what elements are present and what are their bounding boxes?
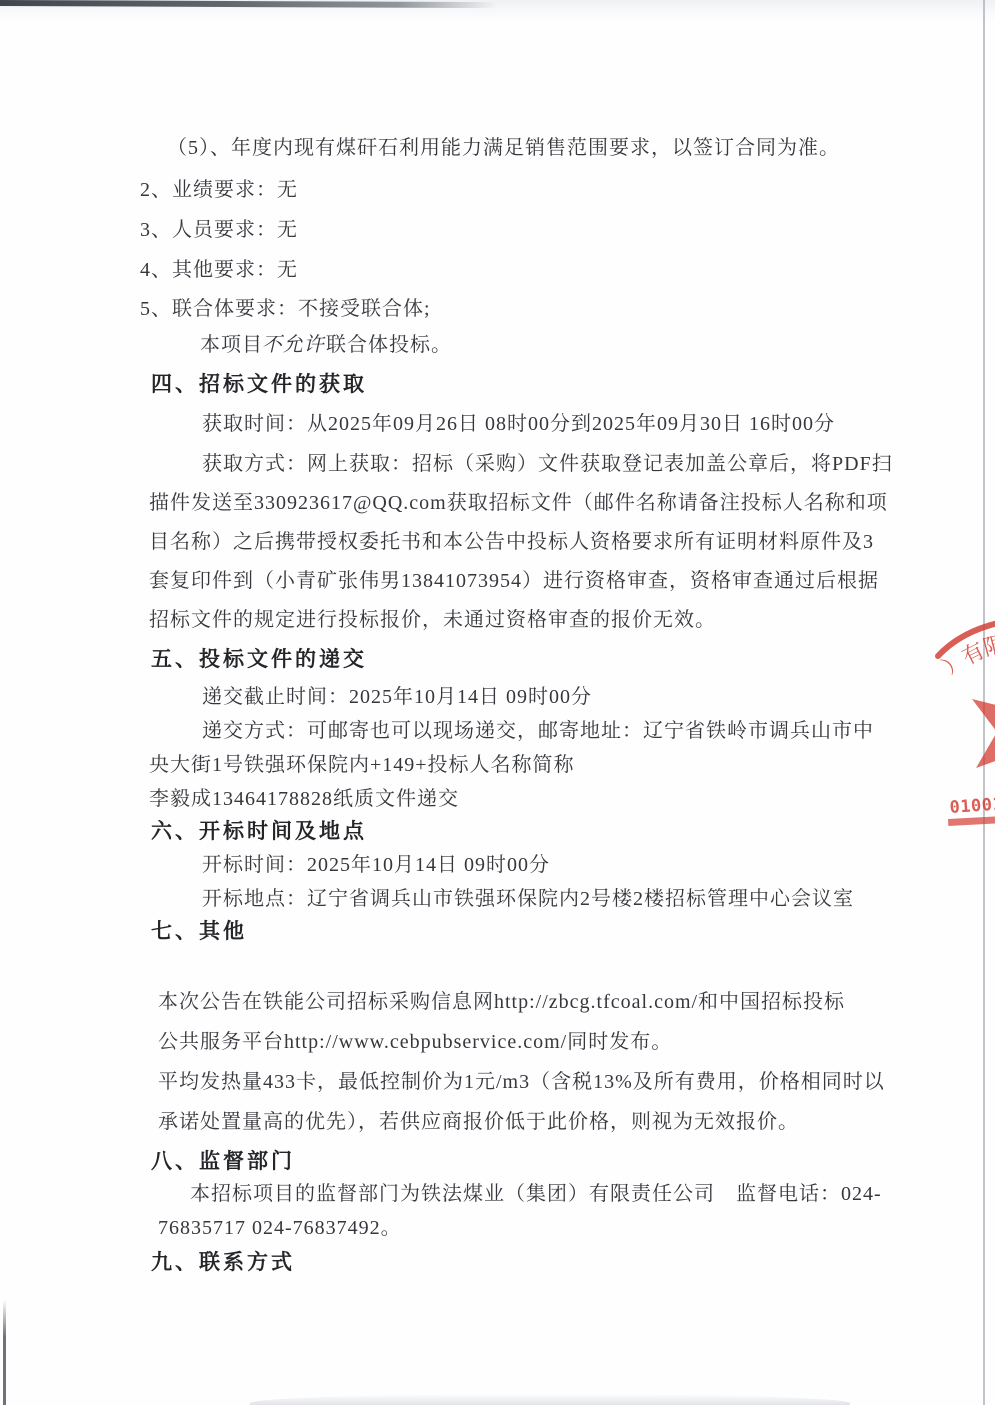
scan-bottom-smudge [250,1394,850,1405]
official-seal-stamp: ） 有 限 01001 [924,610,995,832]
section6-heading: 六、开标时间及地点 [151,818,367,846]
stamp-star-icon [972,675,995,785]
opening-place-line: 开标地点：辽宁省调兵山市铁强环保院内2号楼2楼招标管理中心会议室 [202,886,854,913]
no-consortium-note: 本项目不允许联合体投标。 [200,332,452,359]
obtain-method-line4: 套复印件到（小青矿张伟男13841073954）进行资格审查，资格审查通过后根据 [149,568,879,595]
scanned-document-page: （5）、年度内现有煤矸石利用能力满足销售范围要求，以签订合同为准。 2、业绩要求… [0,0,995,1405]
supervisor-line1: 本招标项目的监督部门为铁法煤业（集团）有限责任公司 监督电话：024- [190,1181,882,1208]
stamp-serial-number: 01001 [949,794,995,818]
section9-heading: 九、联系方式 [151,1249,295,1277]
personnel-requirement: 3、人员要求：无 [140,217,298,244]
performance-requirement: 2、业绩要求：无 [140,177,298,204]
price-floor-line1: 平均发热量433卡，最低控制价为1元/m3（含税13%及所有费用，价格相同时以 [158,1069,885,1096]
qualification-item5-note: （5）、年度内现有煤矸石利用能力满足销售范围要求，以签订合同为准。 [167,135,840,162]
submission-method-line1: 递交方式：可邮寄也可以现场递交，邮寄地址：辽宁省铁岭市调兵山市中 [202,718,874,745]
price-floor-line2: 承诺处置量高的优先），若供应商报价低于此价格，则视为无效报价。 [158,1109,799,1136]
obtain-method-line3: 目名称）之后携带授权委托书和本公告中投标人资格要求所有证明材料原件及3 [149,529,874,556]
obtain-time-line: 获取时间：从2025年09月26日 08时00分到2025年09月30日 16时… [202,411,835,438]
section7-heading: 七、其他 [151,918,247,946]
other-requirement: 4、其他要求：无 [140,257,298,284]
section8-heading: 八、监督部门 [151,1148,295,1176]
obtain-method-line2: 描件发送至330923617@QQ.com获取招标文件（邮件名称请备注投标人名称… [149,490,888,517]
section4-heading: 四、招标文件的获取 [151,371,367,399]
scan-left-edge-line [3,1300,6,1405]
announcement-sites-line1: 本次公告在铁能公司招标采购信息网http://zbcg.tfcoal.com/和… [158,989,845,1016]
no-consortium-prefix: 本项目 [200,334,263,356]
submission-method-line2: 央大街1号铁强环保院内+149+投标人名称简称 [149,752,575,779]
section5-heading: 五、投标文件的递交 [151,646,367,674]
submission-deadline-line: 递交截止时间：2025年10月14日 09时00分 [202,684,592,711]
obtain-method-line1: 获取方式：网上获取：招标（采购）文件获取登记表加盖公章后，将PDF扫 [202,451,893,478]
obtain-method-line5: 招标文件的规定进行投标报价，未通过资格审查的报价无效。 [149,607,716,634]
no-consortium-emphasis: 不允许 [260,332,329,359]
announcement-sites-line2: 公共服务平台http://www.cebpubservice.com/同时发布。 [158,1029,672,1056]
submission-contact-line: 李毅成13464178828纸质文件递交 [149,786,459,813]
no-consortium-suffix: 联合体投标。 [326,334,452,356]
supervisor-phone-line: 76835717 024-76837492。 [158,1215,402,1242]
consortium-requirement: 5、联合体要求：不接受联合体; [140,296,431,323]
opening-time-line: 开标时间：2025年10月14日 09时00分 [202,852,550,879]
